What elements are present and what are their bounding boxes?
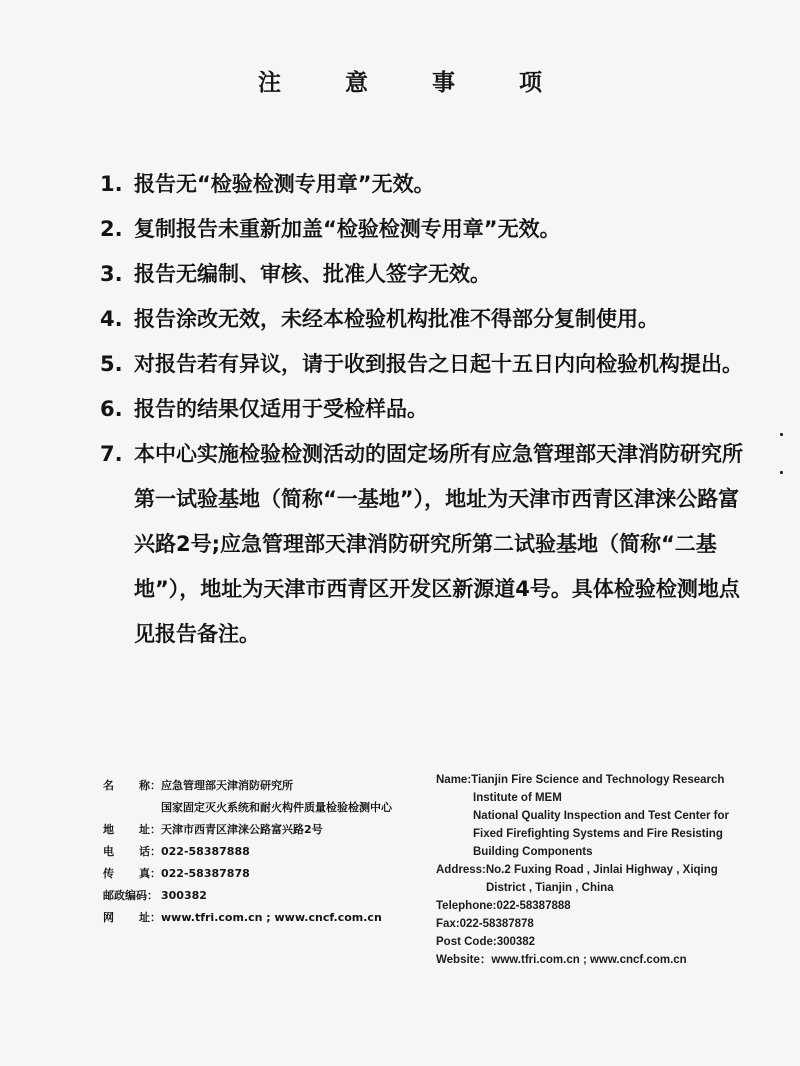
contact-address-label: 地址： bbox=[103, 819, 161, 841]
note-text: 报告涂改无效，未经本检验机构批准不得部分复制使用。 bbox=[134, 297, 760, 342]
en-postcode: Post Code:300382 bbox=[436, 933, 766, 951]
contact-address-value: 天津市西青区津涞公路富兴路2号 bbox=[161, 819, 433, 841]
contact-postcode-label: 邮政编码： bbox=[103, 885, 161, 907]
note-number: 6. bbox=[100, 387, 123, 432]
contact-info-english: Name:Tianjin Fire Science and Technology… bbox=[436, 771, 766, 969]
contact-fax-label: 传真： bbox=[103, 863, 161, 885]
note-text: 对报告若有异议，请于收到报告之日起十五日内向检验机构提出。 bbox=[134, 342, 760, 387]
contact-name-row-2: 国家固定灭火系统和耐火构件质量检验检测中心 bbox=[103, 797, 433, 819]
scan-speck bbox=[780, 471, 783, 474]
en-telephone: Telephone:022-58387888 bbox=[436, 897, 766, 915]
note-text: 复制报告未重新加盖“检验检测专用章”无效。 bbox=[134, 207, 760, 252]
note-number: 7. bbox=[100, 432, 123, 477]
note-text: 报告的结果仅适用于受检样品。 bbox=[134, 387, 760, 432]
contact-postcode-row: 邮政编码： 300382 bbox=[103, 885, 433, 907]
note-text: 本中心实施检验检测活动的固定场所有应急管理部天津消防研究所第一试验基地（简称“一… bbox=[134, 432, 760, 657]
note-item: 7. 本中心实施检验检测活动的固定场所有应急管理部天津消防研究所第一试验基地（简… bbox=[100, 432, 760, 657]
en-name-line-5: Building Components bbox=[436, 843, 766, 861]
en-website: Website：www.tfri.com.cn ; www.cncf.com.c… bbox=[436, 951, 766, 969]
en-address-line-1: Address:No.2 Fuxing Road , Jinlai Highwa… bbox=[436, 861, 766, 879]
page-title: 注 意 事 项 bbox=[0, 64, 800, 97]
contact-phone-label: 电话： bbox=[103, 841, 161, 863]
note-number: 3. bbox=[100, 252, 123, 297]
contact-info-chinese: 名称： 应急管理部天津消防研究所 国家固定灭火系统和耐火构件质量检验检测中心 地… bbox=[103, 775, 433, 929]
contact-fax-value: 022-58387878 bbox=[161, 863, 433, 885]
contact-phone-value: 022-58387888 bbox=[161, 841, 433, 863]
contact-website-value: www.tfri.com.cn ; www.cncf.com.cn bbox=[161, 907, 433, 929]
en-name-line-4: Fixed Firefighting Systems and Fire Resi… bbox=[436, 825, 766, 843]
contact-address-row: 地址： 天津市西青区津涞公路富兴路2号 bbox=[103, 819, 433, 841]
contact-website-row: 网址： www.tfri.com.cn ; www.cncf.com.cn bbox=[103, 907, 433, 929]
scan-speck bbox=[780, 433, 783, 436]
note-text: 报告无编制、审核、批准人签字无效。 bbox=[134, 252, 760, 297]
contact-website-label: 网址： bbox=[103, 907, 161, 929]
en-address-line-2: District , Tianjin , China bbox=[436, 879, 766, 897]
note-item: 3. 报告无编制、审核、批准人签字无效。 bbox=[100, 252, 760, 297]
note-number: 2. bbox=[100, 207, 123, 252]
contact-postcode-value: 300382 bbox=[161, 885, 433, 907]
note-text: 报告无“检验检测专用章”无效。 bbox=[134, 162, 760, 207]
en-name-line-2: Institute of MEM bbox=[436, 789, 766, 807]
contact-name-label: 名称： bbox=[103, 775, 161, 797]
en-name-line-3: National Quality Inspection and Test Cen… bbox=[436, 807, 766, 825]
note-number: 4. bbox=[100, 297, 123, 342]
note-item: 6. 报告的结果仅适用于受检样品。 bbox=[100, 387, 760, 432]
note-item: 1. 报告无“检验检测专用章”无效。 bbox=[100, 162, 760, 207]
note-item: 5. 对报告若有异议，请于收到报告之日起十五日内向检验机构提出。 bbox=[100, 342, 760, 387]
note-item: 2. 复制报告未重新加盖“检验检测专用章”无效。 bbox=[100, 207, 760, 252]
note-number: 5. bbox=[100, 342, 123, 387]
contact-fax-row: 传真： 022-58387878 bbox=[103, 863, 433, 885]
contact-name-value: 应急管理部天津消防研究所 bbox=[161, 775, 433, 797]
contact-name-value-2: 国家固定灭火系统和耐火构件质量检验检测中心 bbox=[161, 797, 433, 819]
en-fax: Fax:022-58387878 bbox=[436, 915, 766, 933]
contact-phone-row: 电话： 022-58387888 bbox=[103, 841, 433, 863]
note-number: 1. bbox=[100, 162, 123, 207]
contact-name-row: 名称： 应急管理部天津消防研究所 bbox=[103, 775, 433, 797]
notes-list: 1. 报告无“检验检测专用章”无效。 2. 复制报告未重新加盖“检验检测专用章”… bbox=[100, 162, 760, 657]
note-item: 4. 报告涂改无效，未经本检验机构批准不得部分复制使用。 bbox=[100, 297, 760, 342]
en-name-line-1: Name:Tianjin Fire Science and Technology… bbox=[436, 771, 766, 789]
